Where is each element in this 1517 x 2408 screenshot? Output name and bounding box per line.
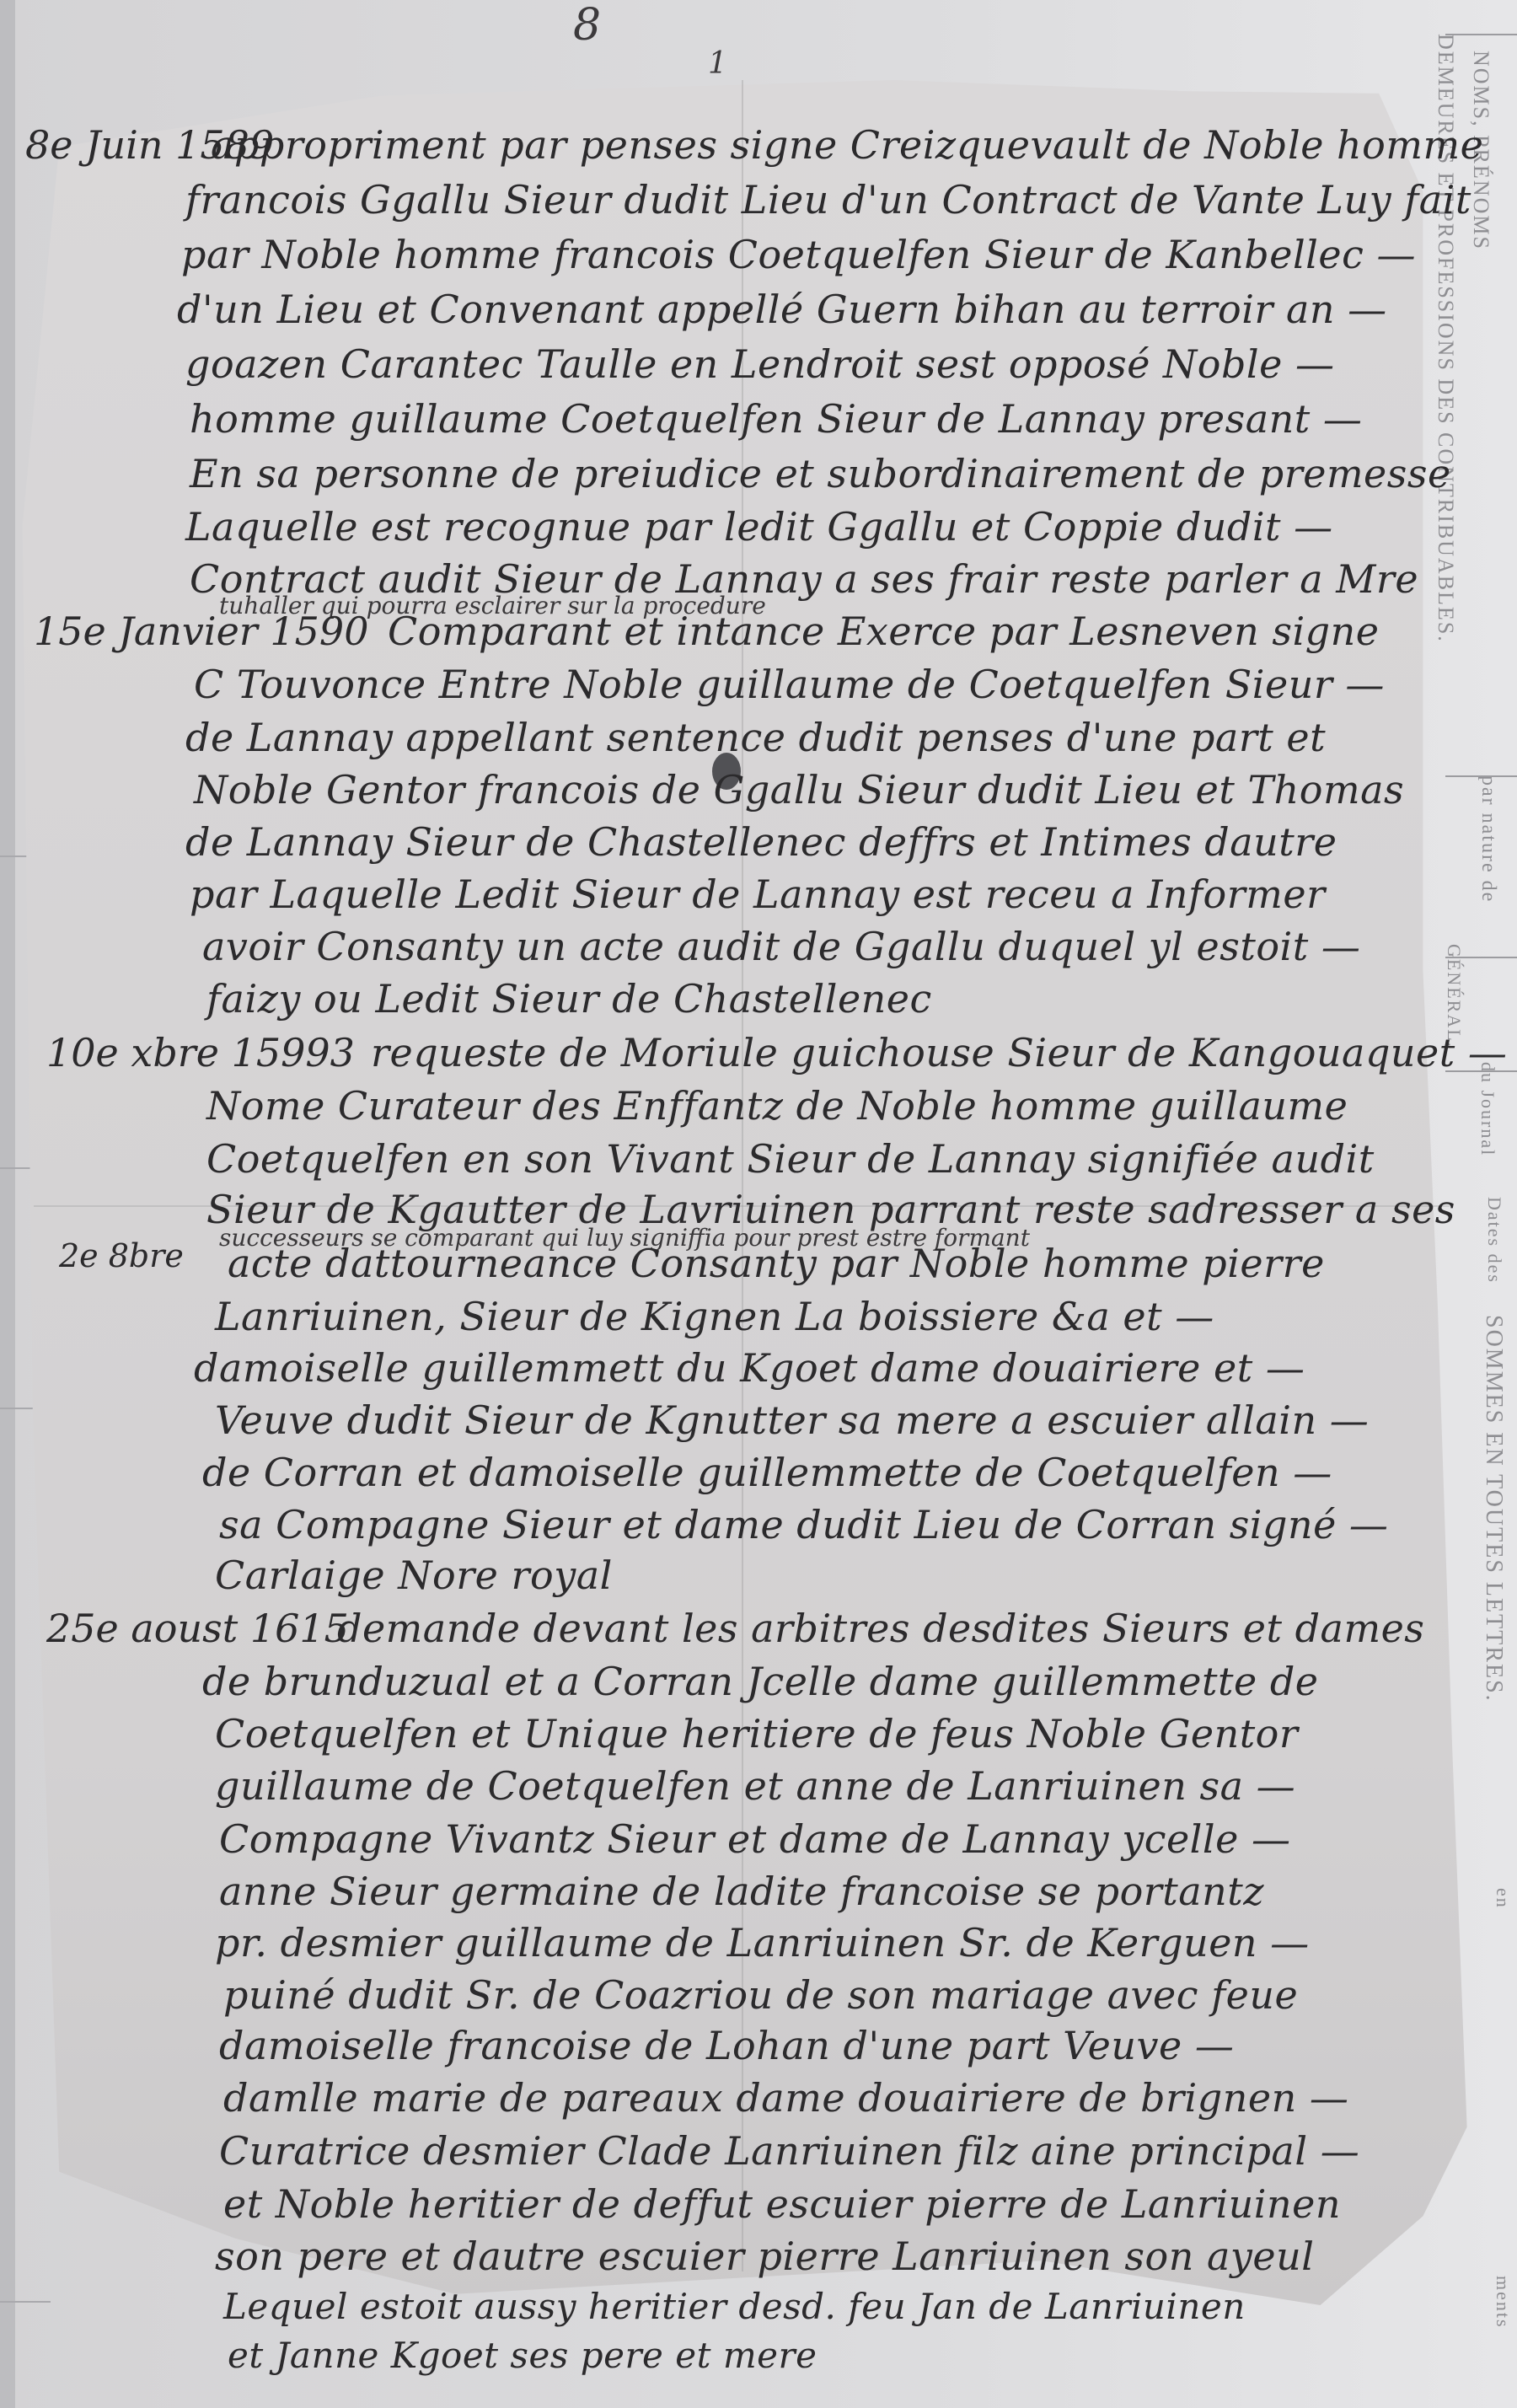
manuscript-line: Noble Gentor francois de Ggallu Sieur du… — [194, 767, 1404, 812]
register-heading-dates: Dates des — [1483, 1197, 1505, 1284]
manuscript-line: avoir Consanty un acte audit de Ggallu d… — [202, 924, 1360, 969]
entry-date: 15e Janvier 1590 — [34, 609, 368, 654]
manuscript-line: son pere et dautre escuier pierre Lanriu… — [215, 2234, 1314, 2279]
manuscript-line: damlle marie de pareaux dame douairiere … — [223, 2075, 1348, 2121]
register-heading-nature: par nature de — [1477, 775, 1499, 903]
register-heading-journal: du Journal — [1477, 1062, 1498, 1156]
manuscript-line: anne Sieur germaine de ladite francoise … — [219, 1869, 1264, 1914]
register-rule — [1445, 34, 1517, 35]
entry-date: 10e xbre 15993 — [46, 1030, 355, 1075]
manuscript-line: damoiselle guillemmett du Kgoet dame dou… — [194, 1345, 1305, 1391]
manuscript-line: guillaume de Coetquelfen et anne de Lanr… — [215, 1763, 1295, 1809]
page-number: 8 — [573, 0, 601, 51]
manuscript-line: Coetquelfen en son Vivant Sieur de Lanna… — [206, 1136, 1375, 1182]
manuscript-line: sa Compagne Sieur et dame dudit Lieu de … — [219, 1502, 1388, 1547]
manuscript-line: Laquelle est recognue par ledit Ggallu e… — [185, 504, 1333, 550]
manuscript-line: acte dattourneance Consanty par Noble ho… — [228, 1241, 1325, 1286]
manuscript-line: En sa personne de preiudice et subordina… — [190, 451, 1451, 496]
manuscript-line: francois Ggallu Sieur dudit Lieu d'un Co… — [185, 177, 1471, 223]
manuscript-line: demande devant les arbitres desdites Sie… — [337, 1606, 1424, 1651]
manuscript-line: C Touvonce Entre Noble guillaume de Coet… — [194, 662, 1385, 707]
manuscript-line: Nome Curateur des Enffantz de Noble homm… — [206, 1083, 1348, 1129]
manuscript-line: par Laquelle Ledit Sieur de Lannay est r… — [190, 871, 1326, 917]
entry-date: 2e 8bre — [59, 1237, 184, 1274]
manuscript-line: Curatrice desmier Clade Lanriuinen filz … — [219, 2128, 1359, 2174]
manuscript-line: de brunduzual et a Corran Jcelle dame gu… — [202, 1659, 1319, 1704]
manuscript-line: Lanriuinen, Sieur de Kignen La boissiere… — [215, 1294, 1214, 1339]
page-mark: 1 — [708, 46, 727, 81]
manuscript-line: Veuve dudit Sieur de Kgnutter sa mere a … — [215, 1397, 1369, 1443]
manuscript-line: Carlaige Nore royal — [215, 1553, 613, 1598]
manuscript-line: Comparant et intance Exerce par Lesneven… — [388, 609, 1379, 654]
manuscript-line: Coetquelfen et Unique heritiere de feus … — [215, 1711, 1298, 1756]
register-rule — [0, 2301, 51, 2303]
register-heading-sommes: SOMMES EN TOUTES LETTRES. — [1480, 1315, 1507, 1703]
register-heading-ments: ments — [1492, 2276, 1514, 2329]
manuscript-line: et Janne Kgoet ses pere et mere — [228, 2335, 817, 2376]
manuscript-line: Lequel estoit aussy heritier desd. feu J… — [223, 2286, 1246, 2327]
manuscript-line: goazen Carantec Taulle en Lendroit sest … — [185, 341, 1335, 387]
manuscript-line: appropriment par penses signe Creizqueva… — [211, 122, 1483, 168]
manuscript-line: faizy ou Ledit Sieur de Chastellenec — [206, 976, 932, 1022]
manuscript-line: de Lannay appellant sentence dudit pense… — [185, 715, 1326, 760]
register-heading-en: en — [1492, 1888, 1514, 1909]
manuscript-line: par Noble homme francois Coetquelfen Sie… — [181, 232, 1416, 277]
manuscript-line: homme guillaume Coetquelfen Sieur de Lan… — [190, 396, 1362, 442]
manuscript-line: puiné dudit Sr. de Coazriou de son maria… — [223, 1972, 1298, 2018]
manuscript-line: pr. desmier guillaume de Lanriuinen Sr. … — [215, 1920, 1310, 1966]
manuscript-line: damoiselle francoise de Lohan d'une part… — [219, 2023, 1234, 2068]
manuscript-line: Compagne Vivantz Sieur et dame de Lannay… — [219, 1816, 1290, 1862]
register-rule — [1445, 957, 1517, 958]
manuscript-line: de Lannay Sieur de Chastellenec deffrs e… — [185, 819, 1337, 865]
manuscript-line: et Noble heritier de deffut escuier pier… — [223, 2181, 1341, 2227]
manuscript-line: de Corran et damoiselle guillemmette de … — [202, 1450, 1332, 1495]
register-left-edge — [0, 0, 15, 2408]
register-rule — [1445, 775, 1517, 777]
manuscript-line: d'un Lieu et Convenant appellé Guern bih… — [177, 287, 1387, 332]
entry-date: 25e aoust 1615 — [46, 1606, 349, 1651]
manuscript-line: requeste de Moriule guichouse Sieur de K… — [371, 1030, 1507, 1075]
